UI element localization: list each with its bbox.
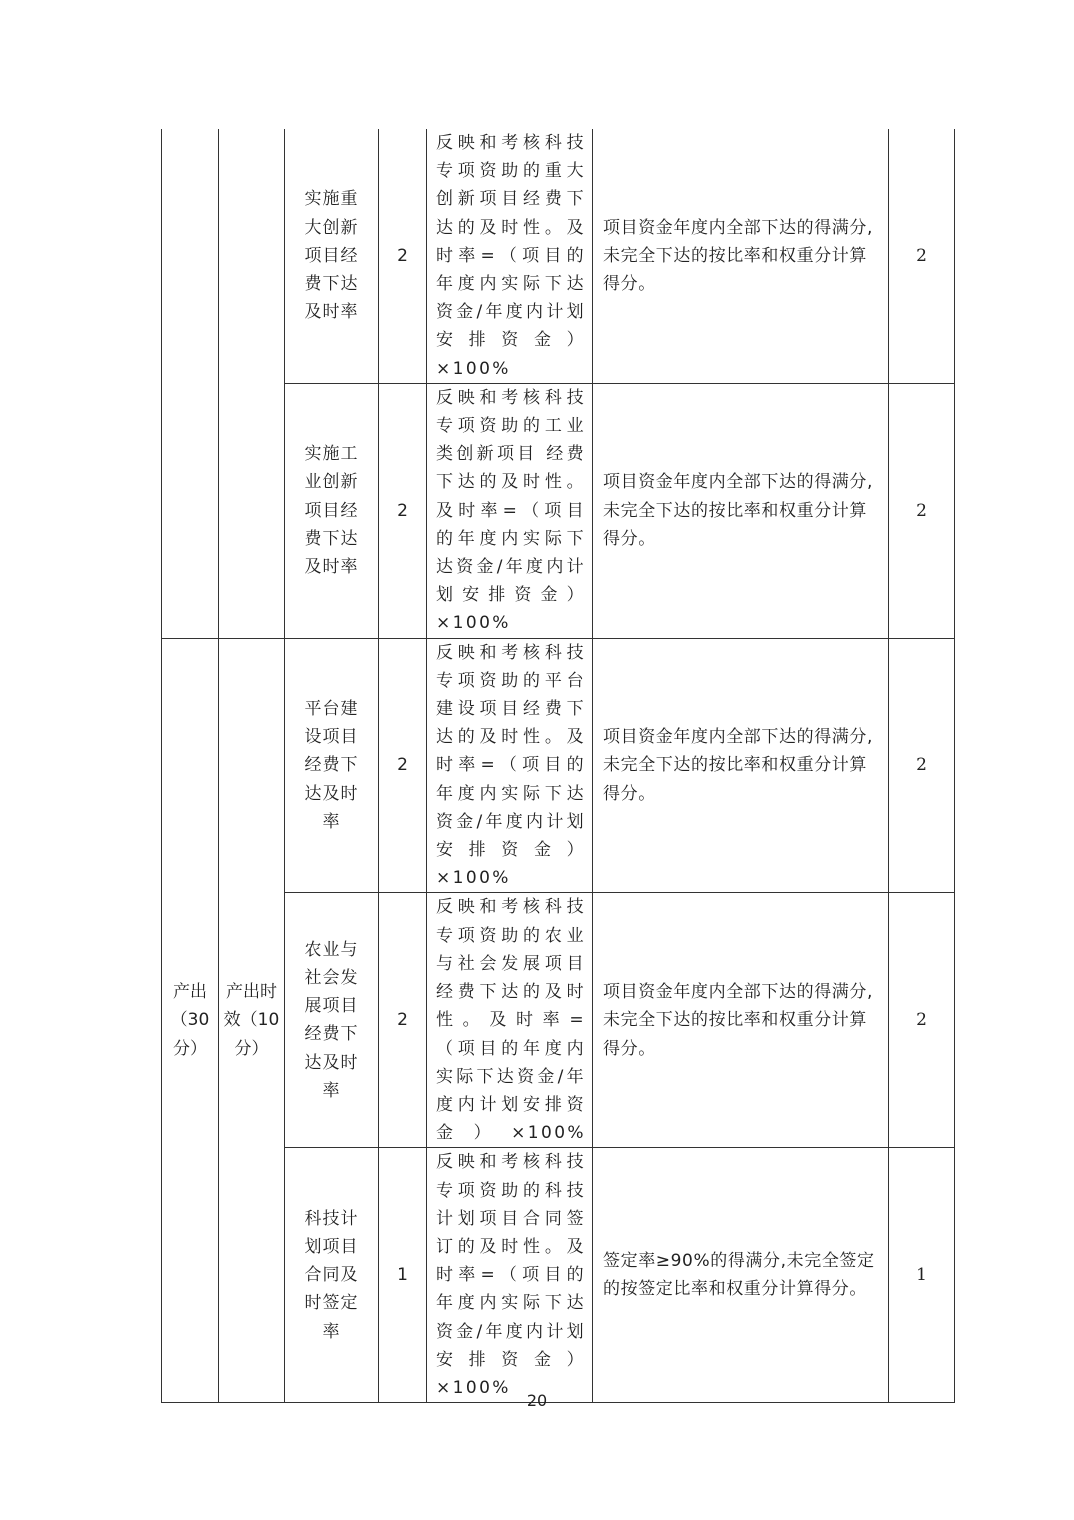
scoring-rule-cell: 项目资金年度内全部下达的得满分,未完全下达的按比率和权重分计算得分。 (593, 638, 889, 893)
indicator-description-cell: 反映和考核科技专项资助的工业类创新项目 经费下达的及时性。及时率=（项目的年度内… (427, 383, 593, 638)
level2-indicator-cell (219, 129, 285, 638)
score-cell: 2 (889, 638, 955, 893)
weight-cell: 2 (379, 638, 427, 893)
score-cell: 2 (889, 383, 955, 638)
indicator-description-cell: 反映和考核科技专项资助的农业与社会发展项目经费下达的及时性。及时率=（项目的年度… (427, 893, 593, 1148)
page-number: 20 (0, 1391, 1074, 1410)
scoring-rule-cell: 项目资金年度内全部下达的得满分,未完全下达的按比率和权重分计算得分。 (593, 129, 889, 383)
score-cell: 2 (889, 893, 955, 1148)
table-row: 实施重大创新项目经费下达及时率 2 反映和考核科技专项资助的重大创新项目经费下达… (162, 129, 955, 383)
level1-indicator-cell: 产出（30分） (162, 638, 219, 1402)
weight-cell: 2 (379, 129, 427, 383)
indicator-name-cell: 平台建设项目经费下达及时率 (285, 638, 379, 893)
score-cell: 2 (889, 129, 955, 383)
performance-indicator-table: 实施重大创新项目经费下达及时率 2 反映和考核科技专项资助的重大创新项目经费下达… (161, 129, 955, 1403)
level1-indicator-cell (162, 129, 219, 638)
score-cell: 1 (889, 1148, 955, 1403)
document-page: 实施重大创新项目经费下达及时率 2 反映和考核科技专项资助的重大创新项目经费下达… (0, 0, 1074, 1520)
indicator-description-cell: 反映和考核科技专项资助的平台建设项目经费下达的及时性。及时率=（项目的年度内实际… (427, 638, 593, 893)
scoring-rule-cell: 项目资金年度内全部下达的得满分,未完全下达的按比率和权重分计算得分。 (593, 383, 889, 638)
weight-cell: 2 (379, 893, 427, 1148)
level2-indicator-cell: 产出时效（10分） (219, 638, 285, 1402)
table-row: 产出（30分） 产出时效（10分） 平台建设项目经费下达及时率 2 反映和考核科… (162, 638, 955, 893)
weight-cell: 2 (379, 383, 427, 638)
scoring-rule-cell: 项目资金年度内全部下达的得满分,未完全下达的按比率和权重分计算得分。 (593, 893, 889, 1148)
indicator-name-cell: 实施重大创新项目经费下达及时率 (285, 129, 379, 383)
indicator-name-cell: 科技计划项目合同及时签定率 (285, 1148, 379, 1403)
indicator-name-cell: 农业与社会发展项目经费下达及时率 (285, 893, 379, 1148)
indicator-description-cell: 反映和考核科技专项资助的科技计划项目合同签订的及时性。及时率=（项目的年度内实际… (427, 1148, 593, 1403)
scoring-rule-cell: 签定率≥90%的得满分,未完全签定的按签定比率和权重分计算得分。 (593, 1148, 889, 1403)
weight-cell: 1 (379, 1148, 427, 1403)
indicator-description-cell: 反映和考核科技专项资助的重大创新项目经费下达的及时性。及时率=（项目的年度内实际… (427, 129, 593, 383)
indicator-name-cell: 实施工业创新项目经费下达及时率 (285, 383, 379, 638)
